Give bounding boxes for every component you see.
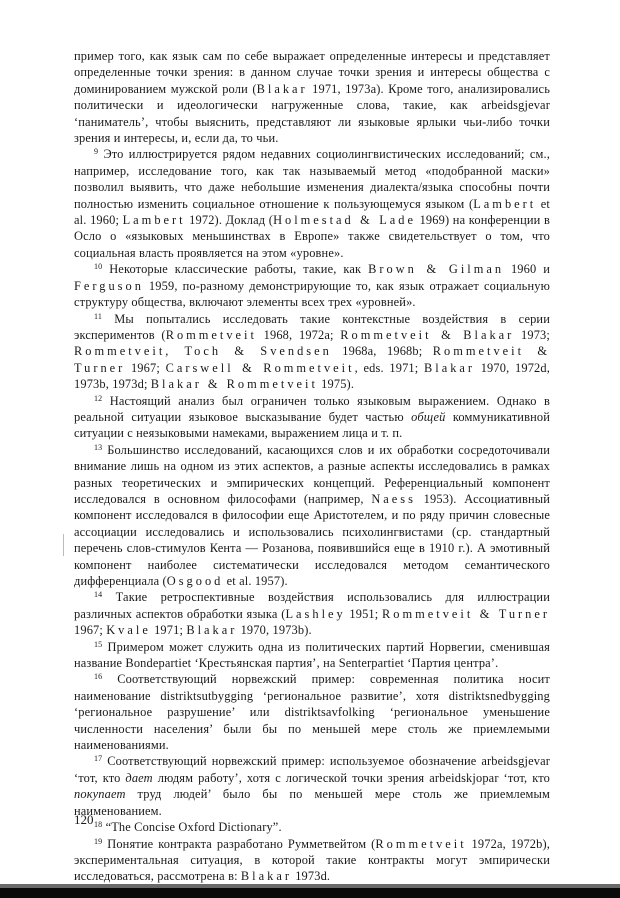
footnote-text: 1967; <box>125 361 165 375</box>
citation-author: Rommetveit <box>375 837 466 851</box>
scan-bottom-border <box>0 888 620 898</box>
footnote-number: 9 <box>94 147 98 156</box>
footnote-text: Соответствующий норвежский пример: совре… <box>74 672 550 752</box>
citation-author: Naess <box>371 492 416 506</box>
emphasis-text: покупает <box>74 787 126 801</box>
footnote-text: 1971; <box>151 623 186 637</box>
footnotes-list: 9 Это иллюстрируется рядом недавних соци… <box>74 146 550 884</box>
footnote-text: труд людей’ было бы по меньшей мере стол… <box>74 787 550 817</box>
footnote-number: 12 <box>94 394 102 403</box>
footnote-number: 17 <box>94 754 102 763</box>
footnote-14: 14 Такие ретроспективные воздействия исп… <box>74 589 550 638</box>
citation-author: Kvale <box>106 623 151 637</box>
footnote-text: 1960 и <box>504 262 550 276</box>
footnote-number: 18 <box>94 820 102 829</box>
footnote-17: 17 Соответствующий норвежский пример: ис… <box>74 753 550 819</box>
footnote-9: 9 Это иллюстрируется рядом недавних соци… <box>74 146 550 261</box>
footnote-text: et al. 1957). <box>223 574 287 588</box>
footnote-19: 19 Понятие контракта разработано Румметв… <box>74 836 550 885</box>
citation-author: Rommetveit, Toch & Svendsen <box>74 344 332 358</box>
footnote-number: 16 <box>94 672 102 681</box>
citation-author: Brown & Gilman <box>368 262 504 276</box>
citation-author: Rommetveit & Blakar <box>340 328 514 342</box>
footnote-text: 1975). <box>318 377 354 391</box>
citation-author: Blakar <box>257 82 308 96</box>
page-number: 120 <box>74 812 94 828</box>
footnote-text: “The Concise Oxford Dictionary”. <box>106 820 282 834</box>
citation-author: Holmestad & Lade <box>273 213 416 227</box>
footnote-text: людям работу’, хотя с логической точки з… <box>153 771 550 785</box>
footnote-text: 1973; <box>514 328 550 342</box>
footnote-18: 18 “The Concise Oxford Dictionary”. <box>74 819 550 835</box>
citation-author: Osgood <box>167 574 224 588</box>
footnote-text: 1959, по-разному демонстрирующие то, как… <box>74 279 550 309</box>
footnote-13: 13 Большинство исследований, касающихся … <box>74 442 550 590</box>
footnote-number: 10 <box>94 262 102 271</box>
footnote-15: 15 Примером может служить одна из полити… <box>74 639 550 672</box>
footnote-number: 13 <box>94 443 102 452</box>
footnote-text: Понятие контракта разработано Румметвейт… <box>107 837 375 851</box>
citation-author: Blakar & Rommetveit <box>151 377 318 391</box>
footnote-text: 1953). Ассоциативный компонент исследова… <box>74 492 550 588</box>
citation-author: Blakar <box>424 361 475 375</box>
footnote-text: 1970, 1973b). <box>237 623 311 637</box>
footnote-number: 15 <box>94 640 102 649</box>
footnote-number: 19 <box>94 837 102 846</box>
citation-author: Blakar <box>186 623 237 637</box>
emphasis-text: дает <box>125 771 152 785</box>
intro-paragraph: пример того, как язык сам по себе выража… <box>74 48 550 146</box>
citation-author: Rommetveit <box>166 328 257 342</box>
citation-author: Carswell & Rommetveit <box>166 361 355 375</box>
citation-author: Lashley <box>285 607 345 621</box>
footnote-text: 1968a, 1968b; <box>332 344 433 358</box>
footnote-text: 1967; <box>74 623 106 637</box>
footnote-number: 14 <box>94 590 102 599</box>
emphasis-text: общей <box>411 410 445 424</box>
footnote-text: 1972). Доклад ( <box>186 213 273 227</box>
footnote-12: 12 Настоящий анализ был ограничен только… <box>74 393 550 442</box>
footnote-10: 10 Некоторые классические работы, такие,… <box>74 261 550 310</box>
footnote-16: 16 Соответствующий норвежский пример: со… <box>74 671 550 753</box>
footnote-text: Примером может служить одна из политичес… <box>74 640 550 670</box>
footnote-text: , eds. 1971; <box>355 361 424 375</box>
footnote-text: 1951; <box>346 607 382 621</box>
citation-author: Lambert <box>123 213 186 227</box>
citation-author: Rommetveit & Turner <box>382 607 550 621</box>
footnote-text: 1973d. <box>292 869 330 883</box>
page-body: пример того, как язык сам по себе выража… <box>74 48 550 885</box>
citation-author: Blakar <box>241 869 292 883</box>
margin-mark <box>63 534 64 556</box>
citation-author: Ferguson <box>74 279 144 293</box>
footnote-text: 1968, 1972a; <box>257 328 340 342</box>
citation-author: Lambert <box>473 197 536 211</box>
footnote-number: 11 <box>94 312 102 321</box>
footnote-11: 11 Мы попытались исследовать такие конте… <box>74 311 550 393</box>
footnote-text: Некоторые классические работы, такие, ка… <box>109 262 368 276</box>
